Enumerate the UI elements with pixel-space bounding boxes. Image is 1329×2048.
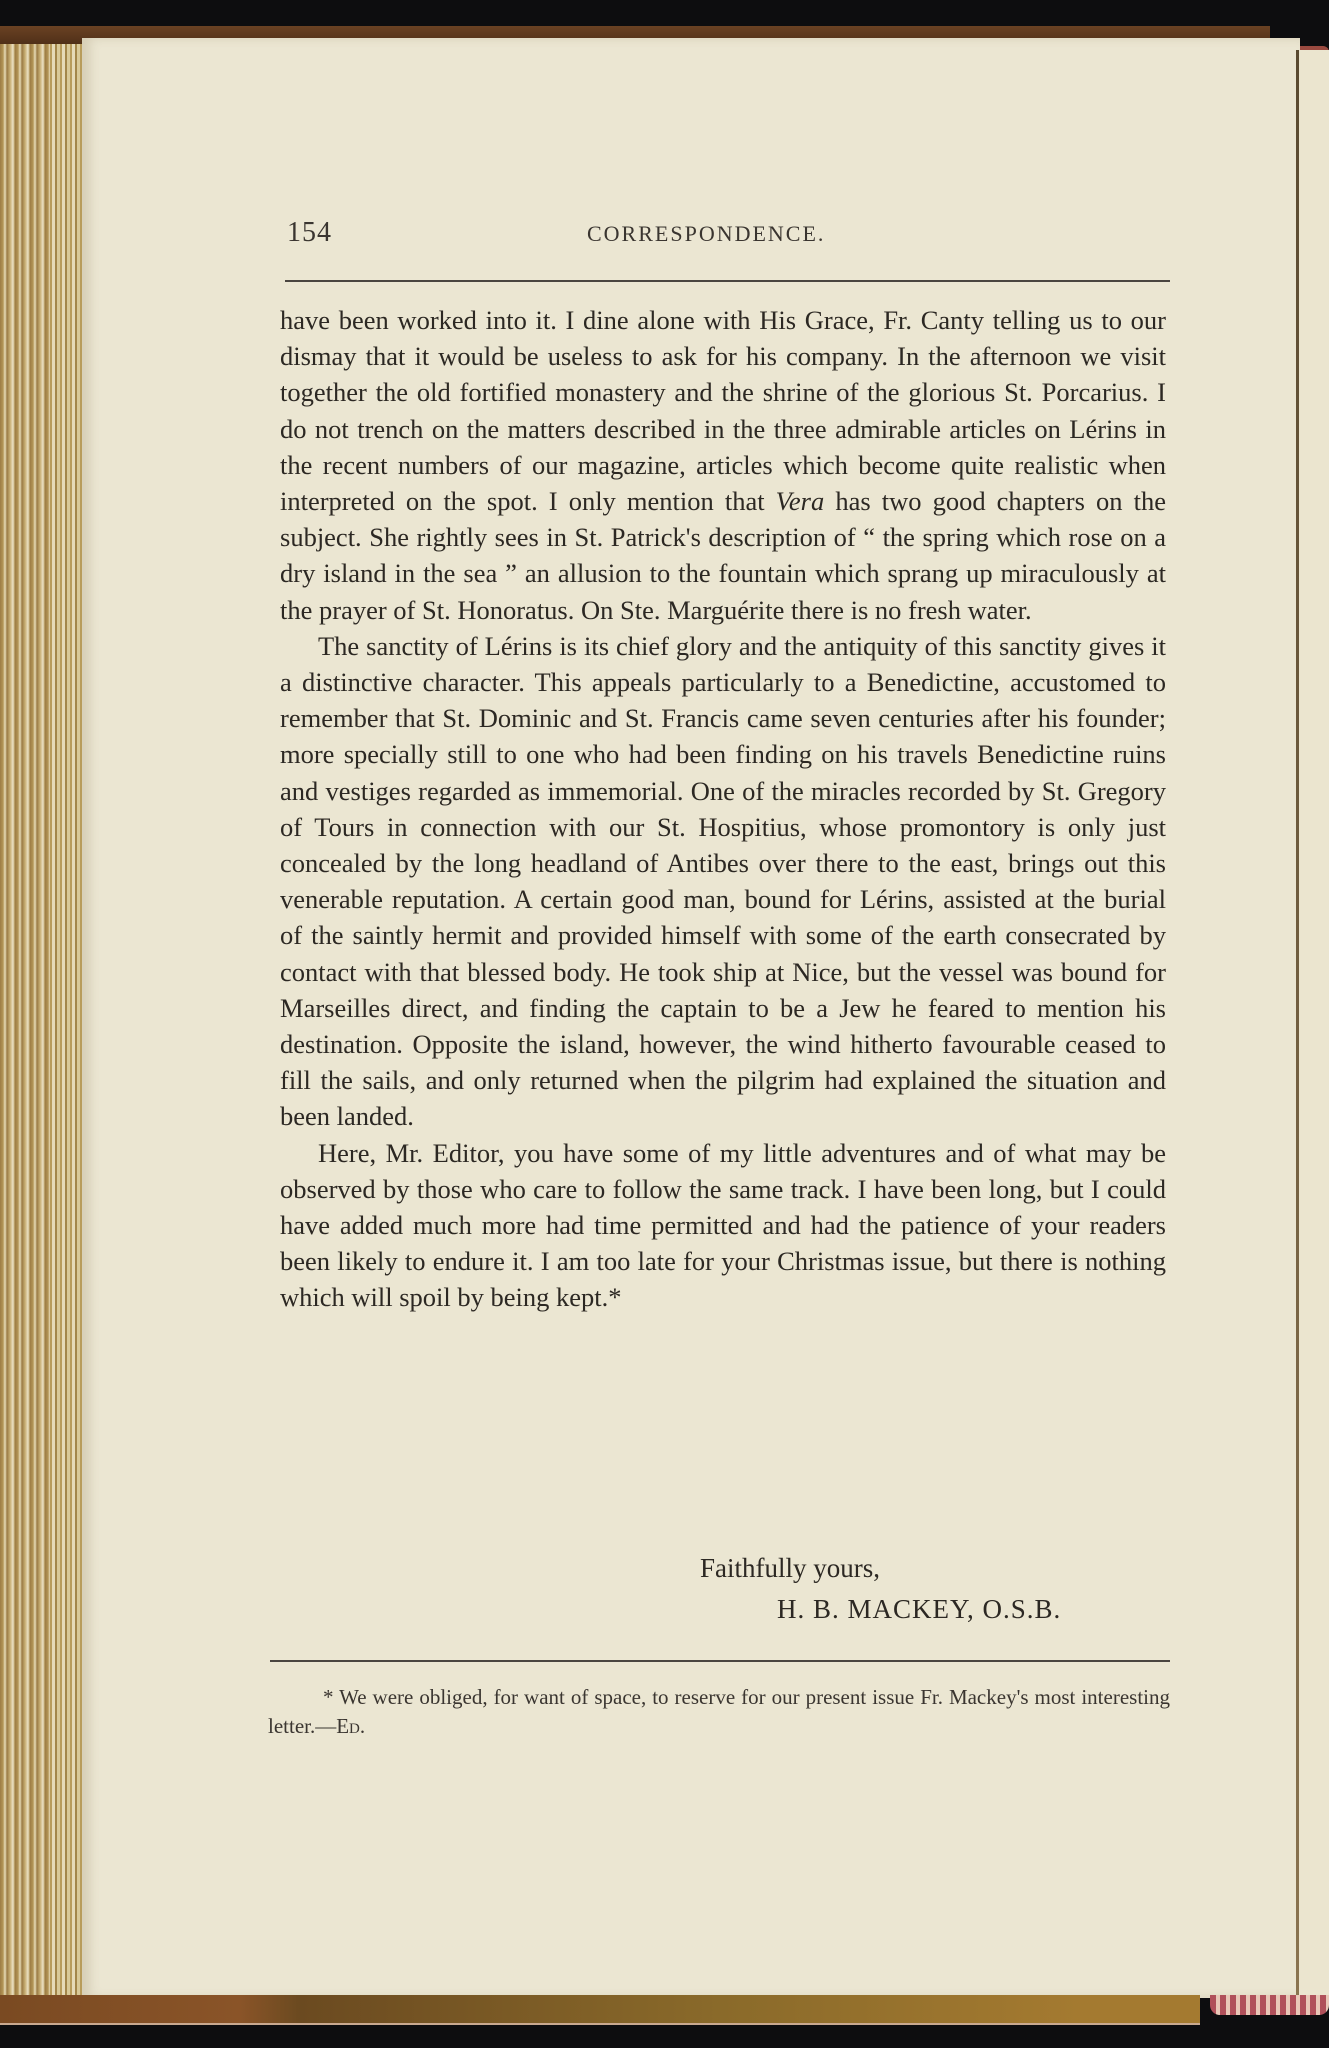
closing-salutation: Faithfully yours, <box>700 1553 880 1584</box>
book-cover-bottom-edge <box>0 1995 1200 2025</box>
footnote-rule <box>270 1660 1170 1662</box>
paragraph-2: The sanctity of Lérins is its chief glor… <box>280 628 1166 1135</box>
headband-bottom <box>1210 1995 1329 2015</box>
running-head: 154 CORRESPONDENCE. <box>287 217 1167 257</box>
facing-page-edge <box>1299 50 1329 1998</box>
running-title: CORRESPONDENCE. <box>587 221 825 247</box>
footnote-attribution: Ed. <box>336 1714 365 1738</box>
page-number: 154 <box>287 217 332 249</box>
italic-title-vera: Vera <box>776 486 825 516</box>
signature: H. B. MACKEY, O.S.B. <box>777 1594 1061 1625</box>
footnote: * We were obliged, for want of space, to… <box>268 1683 1170 1741</box>
footnote-text: * We were obliged, for want of space, to… <box>268 1685 1170 1738</box>
page-stack-inner-edge <box>50 44 82 1998</box>
header-rule <box>285 280 1170 282</box>
paragraph-3: Here, Mr. Editor, you have some of my li… <box>280 1135 1166 1316</box>
paragraph-1: have been worked into it. I dine alone w… <box>280 302 1166 628</box>
body-text: have been worked into it. I dine alone w… <box>280 302 1166 1316</box>
